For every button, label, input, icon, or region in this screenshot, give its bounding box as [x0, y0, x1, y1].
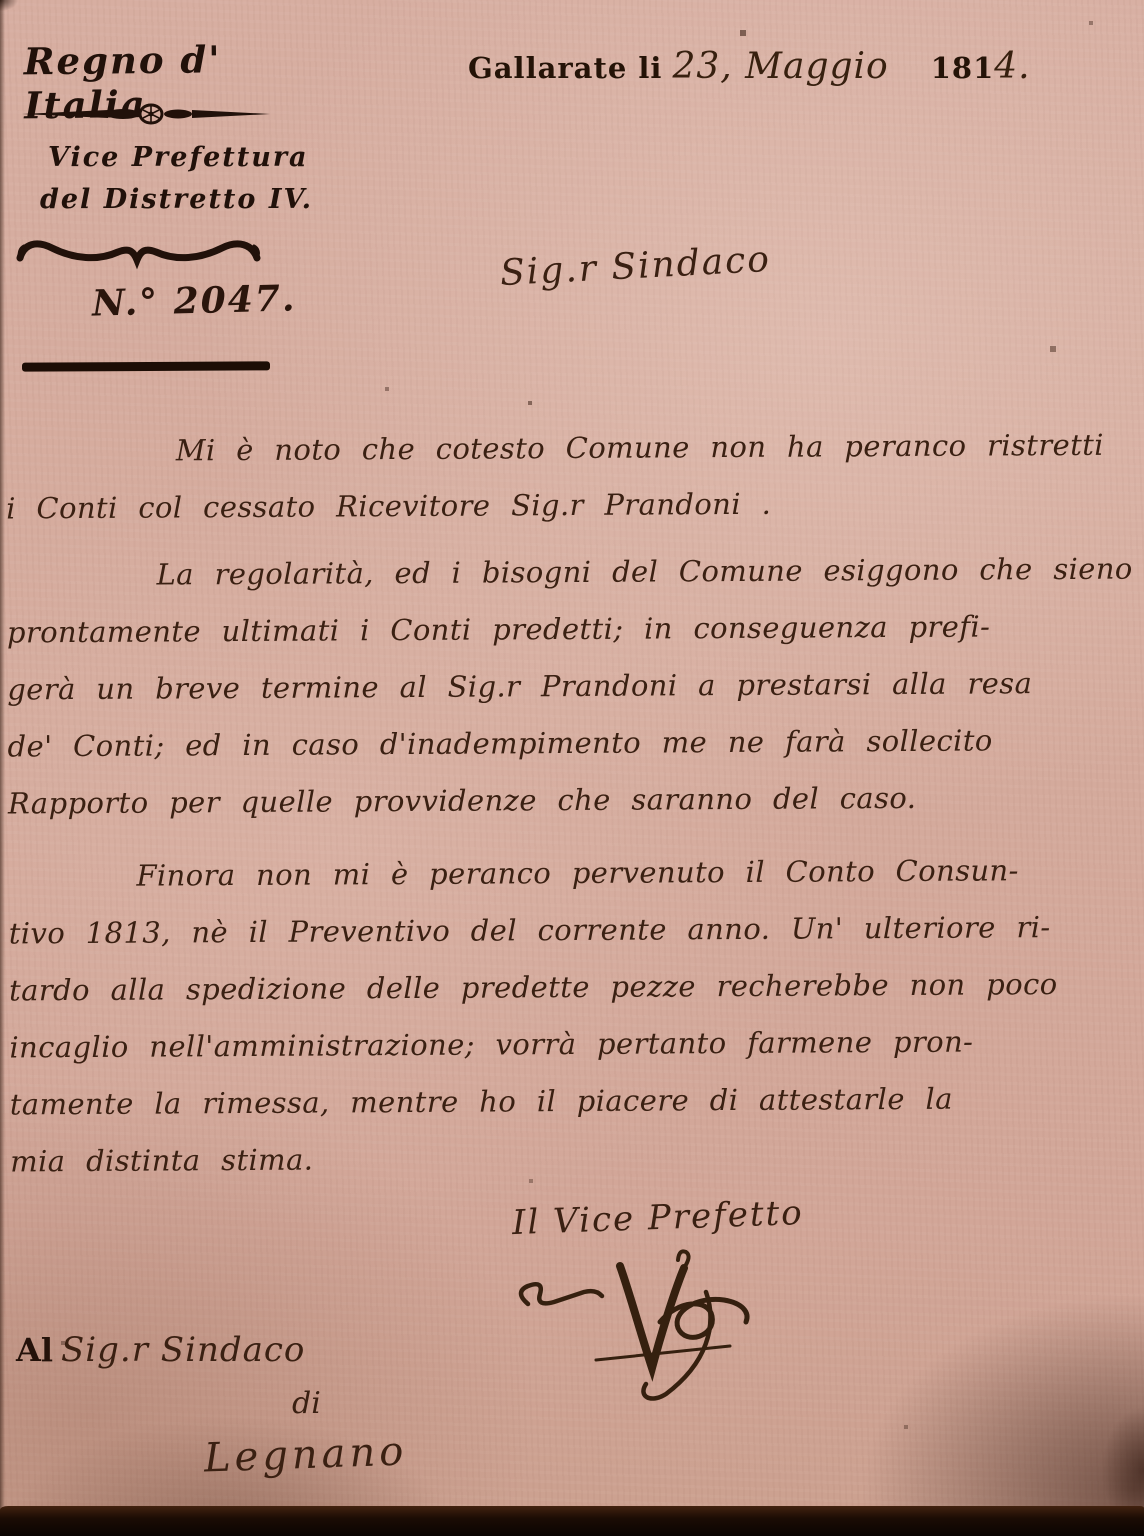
address-recipient: Sig.r Sindaco	[61, 1330, 305, 1370]
body-line: Rapporto per quelle provvidenze che sara…	[8, 769, 1140, 833]
letterhead-office-line2: del Distretto IV.	[40, 184, 313, 215]
body-line: tardo alla spedizione delle predette pez…	[9, 956, 1141, 1020]
body-line: prontamente ultimati i Conti predetti; i…	[7, 598, 1139, 662]
body-line: i Conti col cessato Ricevitore Sig.r Pra…	[6, 474, 1138, 538]
body-line: La regolarità, ed i bisogni del Comune e…	[6, 541, 1138, 605]
body-line: gerà un breve termine al Sig.r Prandoni …	[7, 655, 1139, 719]
body-line: mia distinta stima.	[10, 1127, 1142, 1191]
address-place: Legnano	[203, 1428, 408, 1481]
address-line: AlSig.r Sindaco	[16, 1330, 305, 1370]
separator-bar	[22, 361, 270, 371]
body-line: tivo 1813, nè il Preventivo del corrente…	[9, 899, 1141, 963]
body-line: incaglio nell'amministrazione; vorrà per…	[9, 1013, 1141, 1077]
scan-smudge	[1084, 1372, 1144, 1512]
dateline-year-printed: 181	[931, 51, 995, 85]
body-line: de' Conti; ed in caso d'inadempimento me…	[7, 712, 1139, 776]
dateline-year-written: 4.	[994, 46, 1030, 87]
body-line: tamente la rimessa, mentre ho il piacere…	[10, 1070, 1142, 1134]
protocol-number: N.° 2047.	[91, 277, 296, 324]
body-line: Mi è noto che cotesto Comune non ha pera…	[6, 417, 1138, 481]
scan-edge-left	[0, 0, 5, 1536]
dateline-place-printed: Gallarate li	[468, 51, 662, 85]
paragraph: Finora non mi è peranco pervenuto il Con…	[8, 842, 1142, 1191]
signature-flourish	[470, 1242, 890, 1402]
address-connector: di	[292, 1386, 321, 1421]
letter-body: Mi è noto che cotesto Comune non ha pera…	[6, 417, 1143, 1201]
address-printed-al: Al	[16, 1331, 53, 1369]
scan-border-bottom	[0, 1506, 1144, 1536]
dateline: Gallarate li23, Maggio1814.	[468, 46, 1031, 87]
tapered-rule-ornament	[20, 100, 272, 128]
dateline-day-written: 23, Maggio	[672, 46, 888, 87]
letterhead-office-line1: Vice Prefettura	[48, 142, 309, 173]
squiggle-brace-ornament	[14, 228, 264, 274]
paragraph: La regolarità, ed i bisogni del Comune e…	[6, 541, 1140, 833]
scan-corner-shadow	[0, 0, 26, 16]
paragraph: Mi è noto che cotesto Comune non ha pera…	[6, 417, 1139, 538]
body-line: Finora non mi è peranco pervenuto il Con…	[8, 842, 1140, 906]
